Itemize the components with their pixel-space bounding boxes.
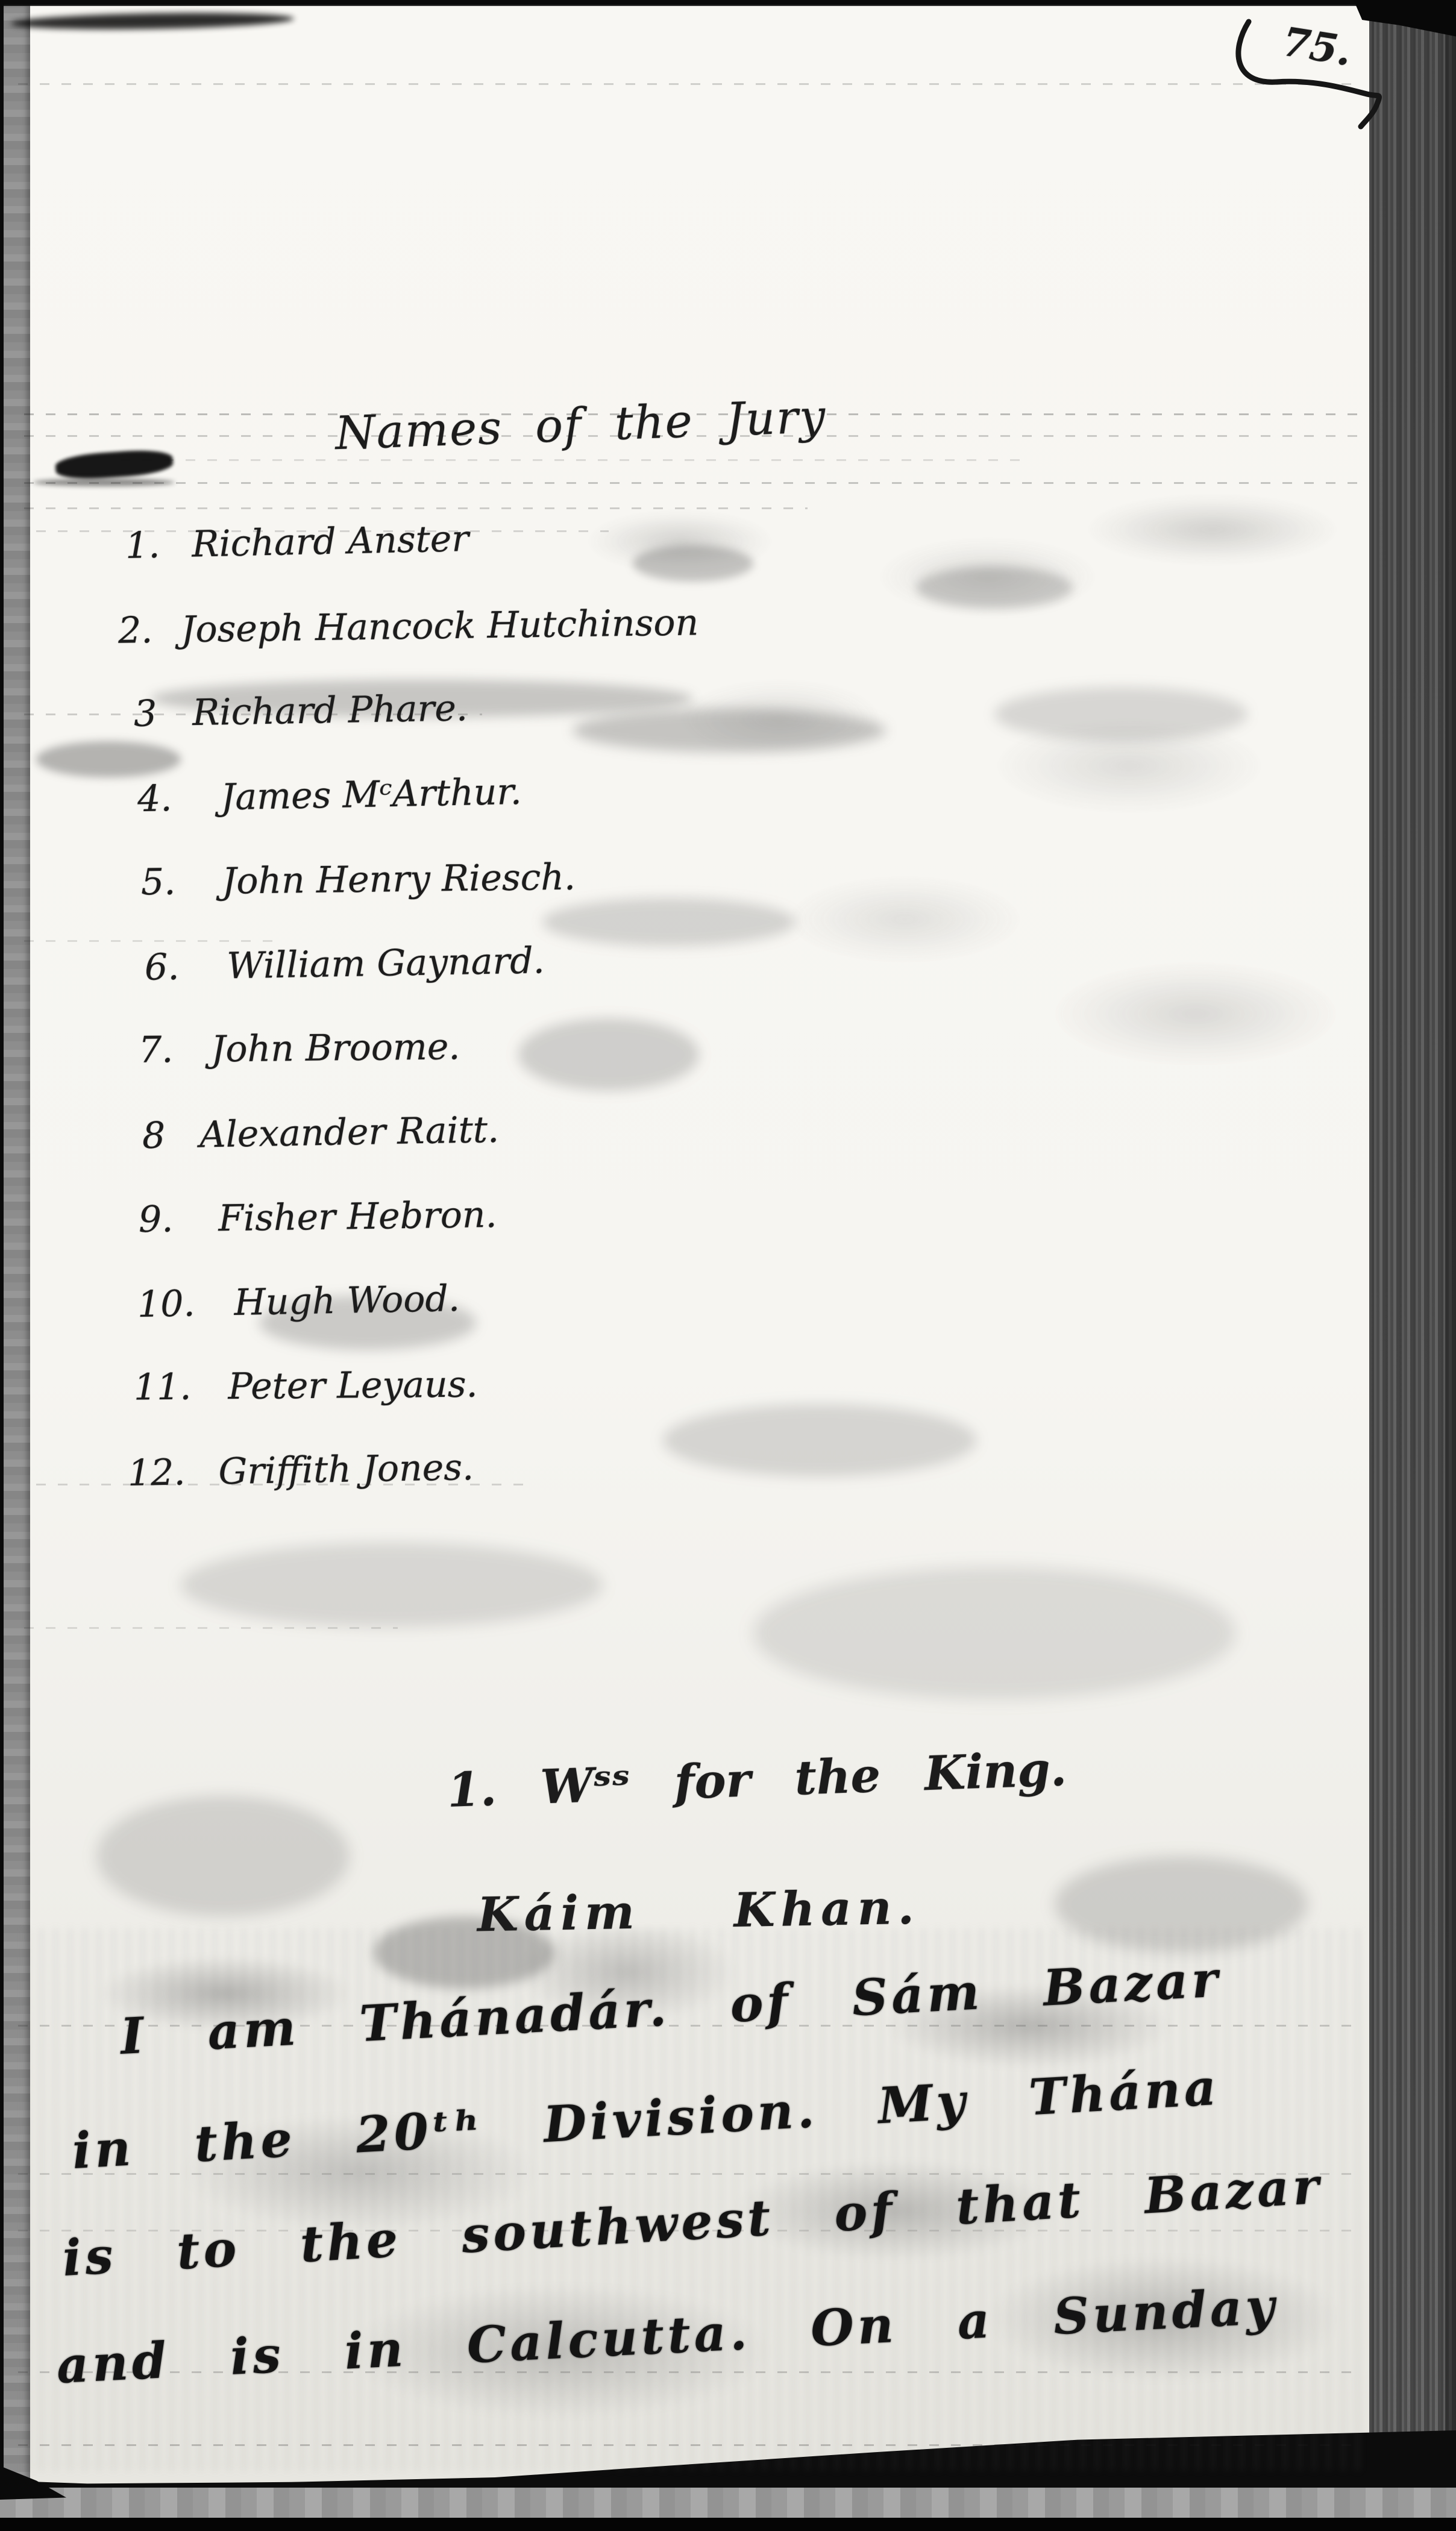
jury-item-number: 7. <box>139 1029 174 1071</box>
ink-smudge <box>663 1404 976 1476</box>
ink-smudge <box>1055 1856 1308 1952</box>
scanned-manuscript-page: 75. Names of the Jury 1. Richard Anster … <box>0 0 1456 2531</box>
jury-item: 7. John Broome. <box>139 1026 460 1071</box>
ink-smudge <box>518 1018 699 1091</box>
show-through-line <box>18 83 1362 85</box>
jury-item: 5. John Henry Riesch. <box>141 856 576 904</box>
jury-item-name: Fisher Hebron. <box>218 1194 497 1240</box>
ink-smudge <box>33 478 175 486</box>
jury-item-name: Alexander Raitt. <box>199 1109 500 1156</box>
jury-item-number: 10. <box>137 1282 195 1326</box>
page-left-edge <box>4 5 30 2485</box>
scan-background-strip <box>0 2488 1456 2520</box>
jury-item: 9. Fisher Hebron. <box>139 1194 498 1241</box>
jury-item: 8 Alexander Raitt. <box>142 1109 499 1157</box>
jury-item: 12. Griffith Jones. <box>127 1446 474 1494</box>
jury-item-name: Griffith Jones. <box>218 1446 474 1493</box>
scan-right-shadow <box>1445 0 1456 2531</box>
scan-bottom-border <box>0 2518 1456 2531</box>
jury-item-number: 12. <box>127 1451 186 1494</box>
show-through-line <box>24 482 1362 484</box>
jury-item-number: 5. <box>141 861 176 904</box>
jury-item-name: John Henry Riesch. <box>222 856 576 903</box>
ink-smudge <box>994 687 1247 741</box>
jury-item-number: 11. <box>134 1366 192 1409</box>
jury-item: 4. James MᶜArthur. <box>137 771 522 820</box>
ink-smudge <box>573 709 886 752</box>
jury-item: 3 Richard Phare. <box>133 687 468 735</box>
ink-smudge <box>633 545 753 582</box>
jury-item: 6. William Gaynard. <box>144 939 545 989</box>
jury-item: 1. Richard Anster <box>125 518 469 567</box>
jury-item: 2. Joseph Hancock Hutchinson <box>118 601 699 651</box>
jury-item-number: 4. <box>137 777 172 820</box>
jury-item-number: 3 <box>133 692 157 735</box>
jury-item-name: Peter Leyaus. <box>228 1364 478 1408</box>
jury-item-name: Richard Phare. <box>192 687 468 734</box>
show-through-line <box>24 940 277 942</box>
jury-item-name: James MᶜArthur. <box>221 771 522 819</box>
jury-item-name: Joseph Hancock Hutchinson <box>181 601 699 651</box>
ink-smudge <box>36 741 181 777</box>
jury-item: 11. Peter Leyaus. <box>134 1364 478 1409</box>
jury-item: 10. Hugh Wood. <box>137 1278 460 1326</box>
jury-item-name: Hugh Wood. <box>234 1278 460 1324</box>
jury-item-name: William Gaynard. <box>227 939 545 987</box>
jury-item-number: 2. <box>118 609 153 652</box>
ink-smudge <box>916 566 1073 609</box>
jury-item-number: 9. <box>139 1198 174 1241</box>
show-through-line <box>24 1627 398 1629</box>
show-through-line <box>18 2444 1362 2446</box>
jury-item-number: 6. <box>144 946 179 989</box>
jury-item-name: Richard Anster <box>192 518 469 566</box>
jury-item-name: John Broome. <box>211 1026 460 1070</box>
ink-smudge <box>542 898 795 946</box>
jury-item-number: 1. <box>125 524 160 567</box>
ink-smudge <box>181 1543 603 1627</box>
witness-name: Káim Khan. <box>477 1880 920 1943</box>
book-page-edges <box>1369 6 1456 2489</box>
show-through-line <box>121 459 1025 461</box>
jury-item-number: 8 <box>142 1115 165 1158</box>
ink-smudge <box>753 1567 1235 1699</box>
ink-smudge <box>96 1796 350 1916</box>
show-through-line <box>24 507 808 509</box>
scan-top-border <box>0 0 1456 6</box>
